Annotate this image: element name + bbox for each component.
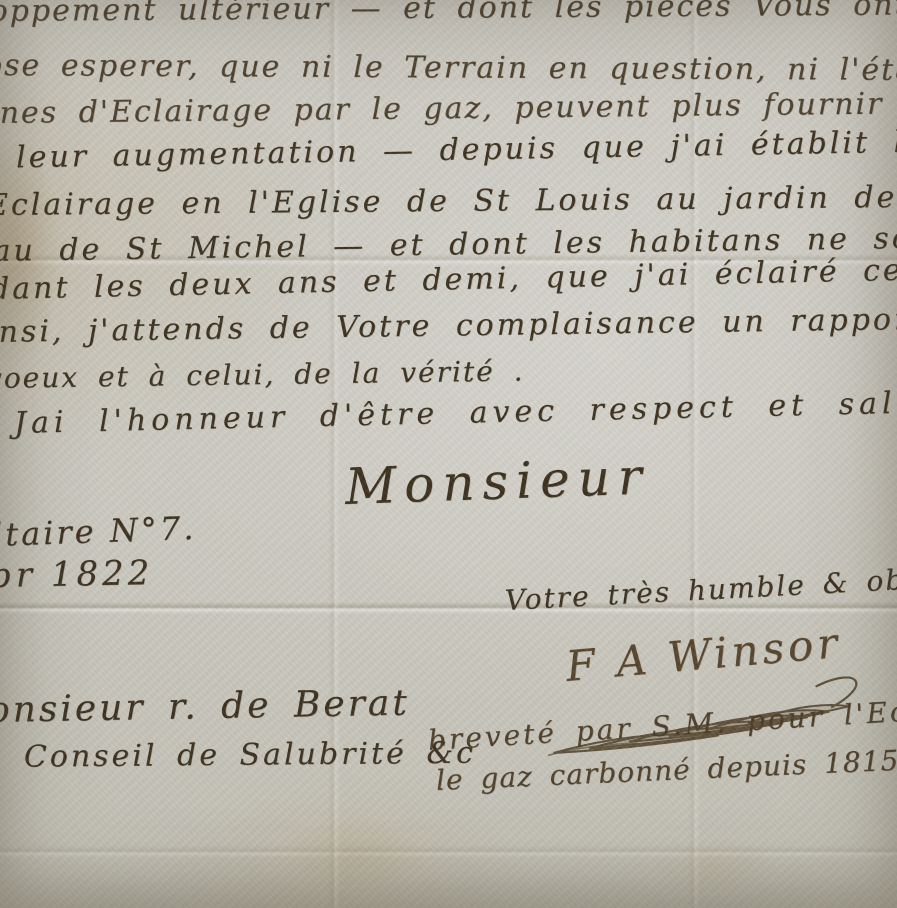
- valediction-line: Votre très humble & obéisst: [504, 559, 897, 617]
- recipient-name-line: onsieur r. de Berat: [0, 683, 410, 731]
- paper-stain: [282, 816, 432, 890]
- recipient-title-line: u Conseil de Salubrité &c: [0, 736, 476, 775]
- horizontal-fold-crease: [0, 602, 897, 614]
- letter-body-line: insi, j'attends de Votre complaisance un…: [0, 301, 897, 350]
- manuscript-letter-photo: loppement ultérieur — et dont les pieces…: [0, 0, 897, 908]
- salutation-monsieur: Monsieur: [344, 447, 651, 516]
- horizontal-fold-crease: [0, 846, 897, 858]
- paper-stain: [648, 836, 778, 896]
- letter-body-line: ose esperer, que ni le Terrain en questi…: [0, 48, 897, 89]
- letter-body-line: voeux et à celui, de la vérité .: [0, 354, 525, 395]
- letter-body-line: , leur augmentation — depuis que j'ai ét…: [0, 122, 897, 176]
- date-line: br 1822: [0, 553, 154, 596]
- letter-body-line: Eclairage en l'Eglise de St Louis au jar…: [0, 178, 897, 223]
- letter-body-line: Jai l'honneur d'être avec respect et sal…: [14, 385, 897, 441]
- sender-address-line: ltaire N°7.: [0, 509, 197, 554]
- letter-body-line: ines d'Eclairage par le gaz, peuvent plu…: [0, 85, 897, 131]
- letter-body-line: loppement ultérieur — et dont les pieces…: [0, 0, 897, 29]
